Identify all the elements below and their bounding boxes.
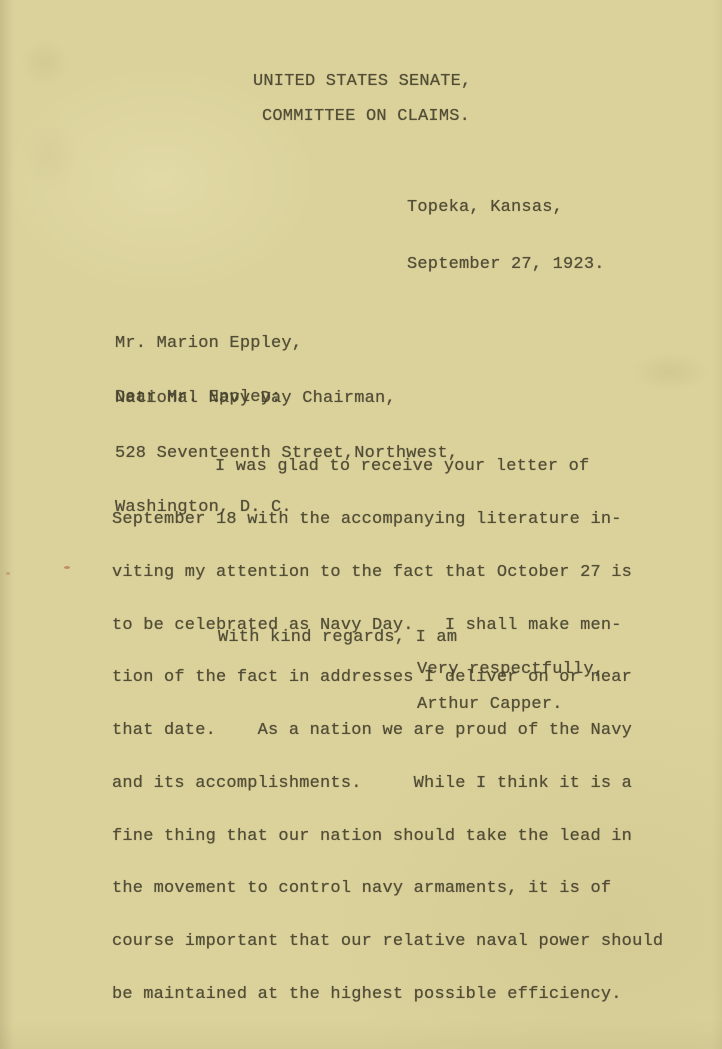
letter-body: I was glad to receive your letter of Sep… — [112, 423, 663, 1039]
closing-respectfully: Very respectfully, — [417, 660, 604, 679]
closing-regards: With kind regards, I am — [218, 628, 457, 647]
paper-speck — [6, 572, 10, 575]
paper-stain — [20, 120, 80, 190]
signature-name: Arthur Capper. — [417, 695, 563, 714]
letter-page: UNITED STATES SENATE, COMMITTEE ON CLAIM… — [0, 0, 722, 1049]
body-line: and its accomplishments. While I think i… — [112, 775, 663, 793]
body-line: fine thing that our nation should take t… — [112, 828, 663, 846]
body-line: course important that our relative naval… — [112, 933, 663, 951]
body-line: viting my attention to the fact that Oct… — [112, 564, 663, 582]
letterhead-organization: UNITED STATES SENATE, — [253, 72, 471, 91]
dateline: Topeka, Kansas, September 27, 1923. — [407, 160, 605, 312]
dateline-city: Topeka, Kansas, — [407, 198, 605, 217]
recipient-name: Mr. Marion Eppley, — [115, 335, 458, 353]
body-line: be maintained at the highest possible ef… — [112, 986, 663, 1004]
body-line: September 18 with the accompanying liter… — [112, 511, 663, 529]
paper-smudge — [630, 352, 710, 392]
paper-speck — [64, 566, 70, 569]
body-line: I was glad to receive your letter of — [112, 458, 663, 476]
body-line: the movement to control navy armaments, … — [112, 880, 663, 898]
letterhead-committee: COMMITTEE ON CLAIMS. — [262, 107, 470, 126]
salutation: Dear Mr. Eppley: — [115, 388, 281, 407]
paper-smudge — [20, 38, 70, 88]
dateline-date: September 27, 1923. — [407, 255, 605, 274]
body-line: that date. As a nation we are proud of t… — [112, 722, 663, 740]
